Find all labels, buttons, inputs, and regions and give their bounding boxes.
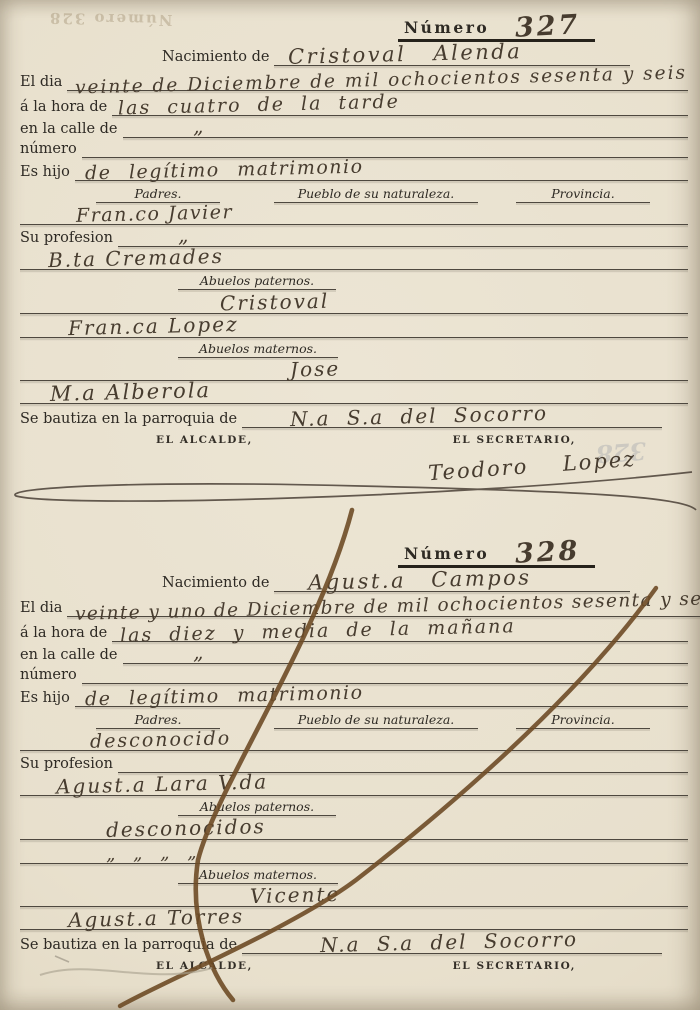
hijo-label: Es hijo [20, 164, 75, 181]
abuelo-paterno-row: Cristoval [20, 290, 688, 314]
parroquia-label: Se bautiza en la parroquia de [20, 411, 242, 428]
paternal-grandfather: desconocidos [106, 816, 266, 840]
abuela-paterna-row: „ „ „ „ [20, 840, 688, 864]
child-name: Agust.a Campos [308, 567, 532, 593]
legitimacy: de legítimo matrimonio [85, 684, 364, 710]
madre-line: Agust.a Lara V.da [20, 774, 688, 796]
street-ditto: „ [192, 642, 203, 662]
numero-label: Número [404, 544, 489, 563]
numero-row: Número 327 [20, 10, 688, 42]
nacimiento-row: Nacimiento de Cristoval Alenda [162, 42, 630, 66]
parroquia-row: Se bautiza en la parroquia de N.a S.a de… [20, 930, 662, 954]
madre-row: Agust.a Lara V.da [20, 773, 688, 796]
pueblo-header: Pueblo de su naturaleza. [274, 186, 478, 203]
dia-line: veinte de Diciembre de mil ochocientos s… [67, 71, 688, 91]
parish-name: N.a S.a del Socorro [290, 403, 548, 429]
birth-time: las cuatro de la tarde [118, 93, 400, 119]
dia-label: El dia [20, 600, 67, 617]
paternal-grandmother: „ „ „ „ [106, 844, 203, 864]
abuelo-paterno-row: desconocidos [20, 816, 688, 840]
abuela-paterna-line: Fran.ca Lopez [20, 316, 688, 338]
dia-row: El dia veinte de Diciembre de mil ochoci… [20, 66, 688, 91]
padres-header: Padres. [96, 712, 220, 729]
birth-record-328: Número 328 Nacimiento de Agust.a Campos … [20, 536, 688, 1010]
maternal-grandfather: Jose [290, 358, 341, 379]
nacimiento-label: Nacimiento de [162, 575, 274, 592]
father-profession: „ [178, 225, 189, 245]
nacimiento-label: Nacimiento de [162, 49, 274, 66]
madre-row: B.ta Cremades [20, 247, 688, 270]
abuelos-paternos-header-row: Abuelos paternos. [20, 270, 688, 290]
abuelo-materno-line: Vicente [20, 885, 688, 907]
street-ditto: „ [192, 116, 203, 136]
numero-casa-line [82, 664, 688, 684]
abuelos-maternos-header-row: Abuelos maternos. [20, 864, 688, 884]
abuelos-paternos-header: Abuelos paternos. [178, 273, 336, 290]
record-number: 328 [515, 537, 582, 567]
numero-label: Número [404, 18, 489, 37]
officials-row: EL ALCALDE, EL SECRETARIO, [20, 428, 688, 446]
alcalde-label: EL ALCALDE, [156, 960, 253, 972]
abuelo-materno-line: Jose [20, 359, 688, 381]
abuela-paterna-row: Fran.ca Lopez [20, 314, 688, 338]
calle-label: en la calle de [20, 647, 123, 664]
pueblo-header: Pueblo de su naturaleza. [274, 712, 478, 729]
dia-label: El dia [20, 74, 67, 91]
birth-record-327: Número 327 Nacimiento de Cristoval Alend… [20, 10, 688, 525]
mother-name: B.ta Cremades [48, 246, 224, 270]
maternal-grandmother: Agust.a Torres [68, 906, 245, 930]
numero-casa-label: número [20, 667, 82, 684]
profesion-row: Su profesion [20, 751, 688, 773]
padre-row: desconocido [20, 729, 688, 751]
column-headers: Padres. Pueblo de su naturaleza. Provinc… [20, 707, 688, 729]
padre-line: desconocido [20, 731, 688, 751]
abuelo-paterno-line: Cristoval [20, 292, 688, 314]
child-name: Cristoval Alenda [288, 41, 523, 68]
nacimiento-line: Cristoval Alenda [274, 44, 630, 66]
abuela-materna-line: M.a Alberola [20, 382, 688, 404]
alcalde-label: EL ALCALDE, [156, 434, 253, 446]
profesion-row: Su profesion „ [20, 225, 688, 247]
abuela-paterna-line: „ „ „ „ [20, 844, 688, 864]
hora-label: á la hora de [20, 99, 112, 116]
abuelos-maternos-header-row: Abuelos maternos. [20, 338, 688, 358]
paternal-grandmother: Fran.ca Lopez [68, 314, 239, 338]
secretary-signature: Teodoro Lopez [20, 450, 688, 522]
numero-row: Número 328 [20, 536, 688, 568]
hijo-row: Es hijo de legítimo matrimonio [20, 684, 688, 707]
maternal-grandmother: M.a Alberola [50, 380, 212, 405]
dia-line: veinte y uno de Diciembre de mil ochocie… [67, 597, 700, 617]
abuelos-maternos-header: Abuelos maternos. [178, 867, 338, 884]
profesion-label: Su profesion [20, 230, 118, 247]
secretario-label: EL SECRETARIO, [453, 434, 576, 446]
register-page: Número 328 328 Número 327 Nacimiento de … [0, 0, 700, 1010]
abuelos-maternos-header: Abuelos maternos. [178, 341, 338, 358]
parish-name: N.a S.a del Socorro [320, 929, 578, 955]
legitimacy: de legítimo matrimonio [85, 158, 364, 184]
column-headers: Padres. Pueblo de su naturaleza. Provinc… [20, 181, 688, 203]
paternal-grandfather: Cristoval [220, 291, 330, 314]
parroquia-line: N.a S.a del Socorro [242, 932, 662, 954]
maternal-grandfather: Vicente [250, 884, 341, 906]
father-name: Fran.co Javier [76, 203, 233, 226]
abuelo-materno-row: Vicente [20, 884, 688, 907]
nacimiento-row: Nacimiento de Agust.a Campos [162, 568, 630, 592]
officials-row: EL ALCALDE, EL SECRETARIO, [20, 954, 688, 972]
dia-row: El dia veinte y uno de Diciembre de mil … [20, 592, 688, 617]
provincia-header: Provincia. [516, 712, 650, 729]
madre-line: B.ta Cremades [20, 248, 688, 270]
abuelos-paternos-header-row: Abuelos paternos. [20, 796, 688, 816]
padre-row: Fran.co Javier [20, 203, 688, 225]
padre-line: Fran.co Javier [20, 205, 688, 225]
abuela-materna-line: Agust.a Torres [20, 908, 688, 930]
numero-casa-line [82, 138, 688, 158]
abuelo-paterno-line: desconocidos [20, 818, 688, 840]
calle-line: „ [123, 116, 688, 138]
parroquia-row: Se bautiza en la parroquia de N.a S.a de… [20, 404, 662, 428]
numero-block: Número 328 [398, 539, 595, 568]
parroquia-line: N.a S.a del Socorro [242, 406, 662, 428]
profesion-label: Su profesion [20, 756, 118, 773]
calle-line: „ [123, 642, 688, 664]
padres-header: Padres. [96, 186, 220, 203]
abuelo-materno-row: Jose [20, 358, 688, 381]
abuela-materna-row: Agust.a Torres [20, 907, 688, 930]
numero-casa-label: número [20, 141, 82, 158]
mother-name: Agust.a Lara V.da [56, 771, 269, 796]
father-name: desconocido [90, 729, 232, 751]
signature-flourish [0, 464, 700, 526]
abuela-materna-row: M.a Alberola [20, 381, 688, 404]
hijo-row: Es hijo de legítimo matrimonio [20, 158, 688, 181]
numero-block: Número 327 [398, 13, 595, 42]
hijo-label: Es hijo [20, 690, 75, 707]
provincia-header: Provincia. [516, 186, 650, 203]
hora-label: á la hora de [20, 625, 112, 642]
record-number: 327 [515, 11, 582, 41]
secretario-label: EL SECRETARIO, [453, 960, 576, 972]
hijo-line: de legítimo matrimonio [75, 687, 688, 707]
parroquia-label: Se bautiza en la parroquia de [20, 937, 242, 954]
hijo-line: de legítimo matrimonio [75, 161, 688, 181]
nacimiento-line: Agust.a Campos [274, 570, 630, 592]
calle-label: en la calle de [20, 121, 123, 138]
